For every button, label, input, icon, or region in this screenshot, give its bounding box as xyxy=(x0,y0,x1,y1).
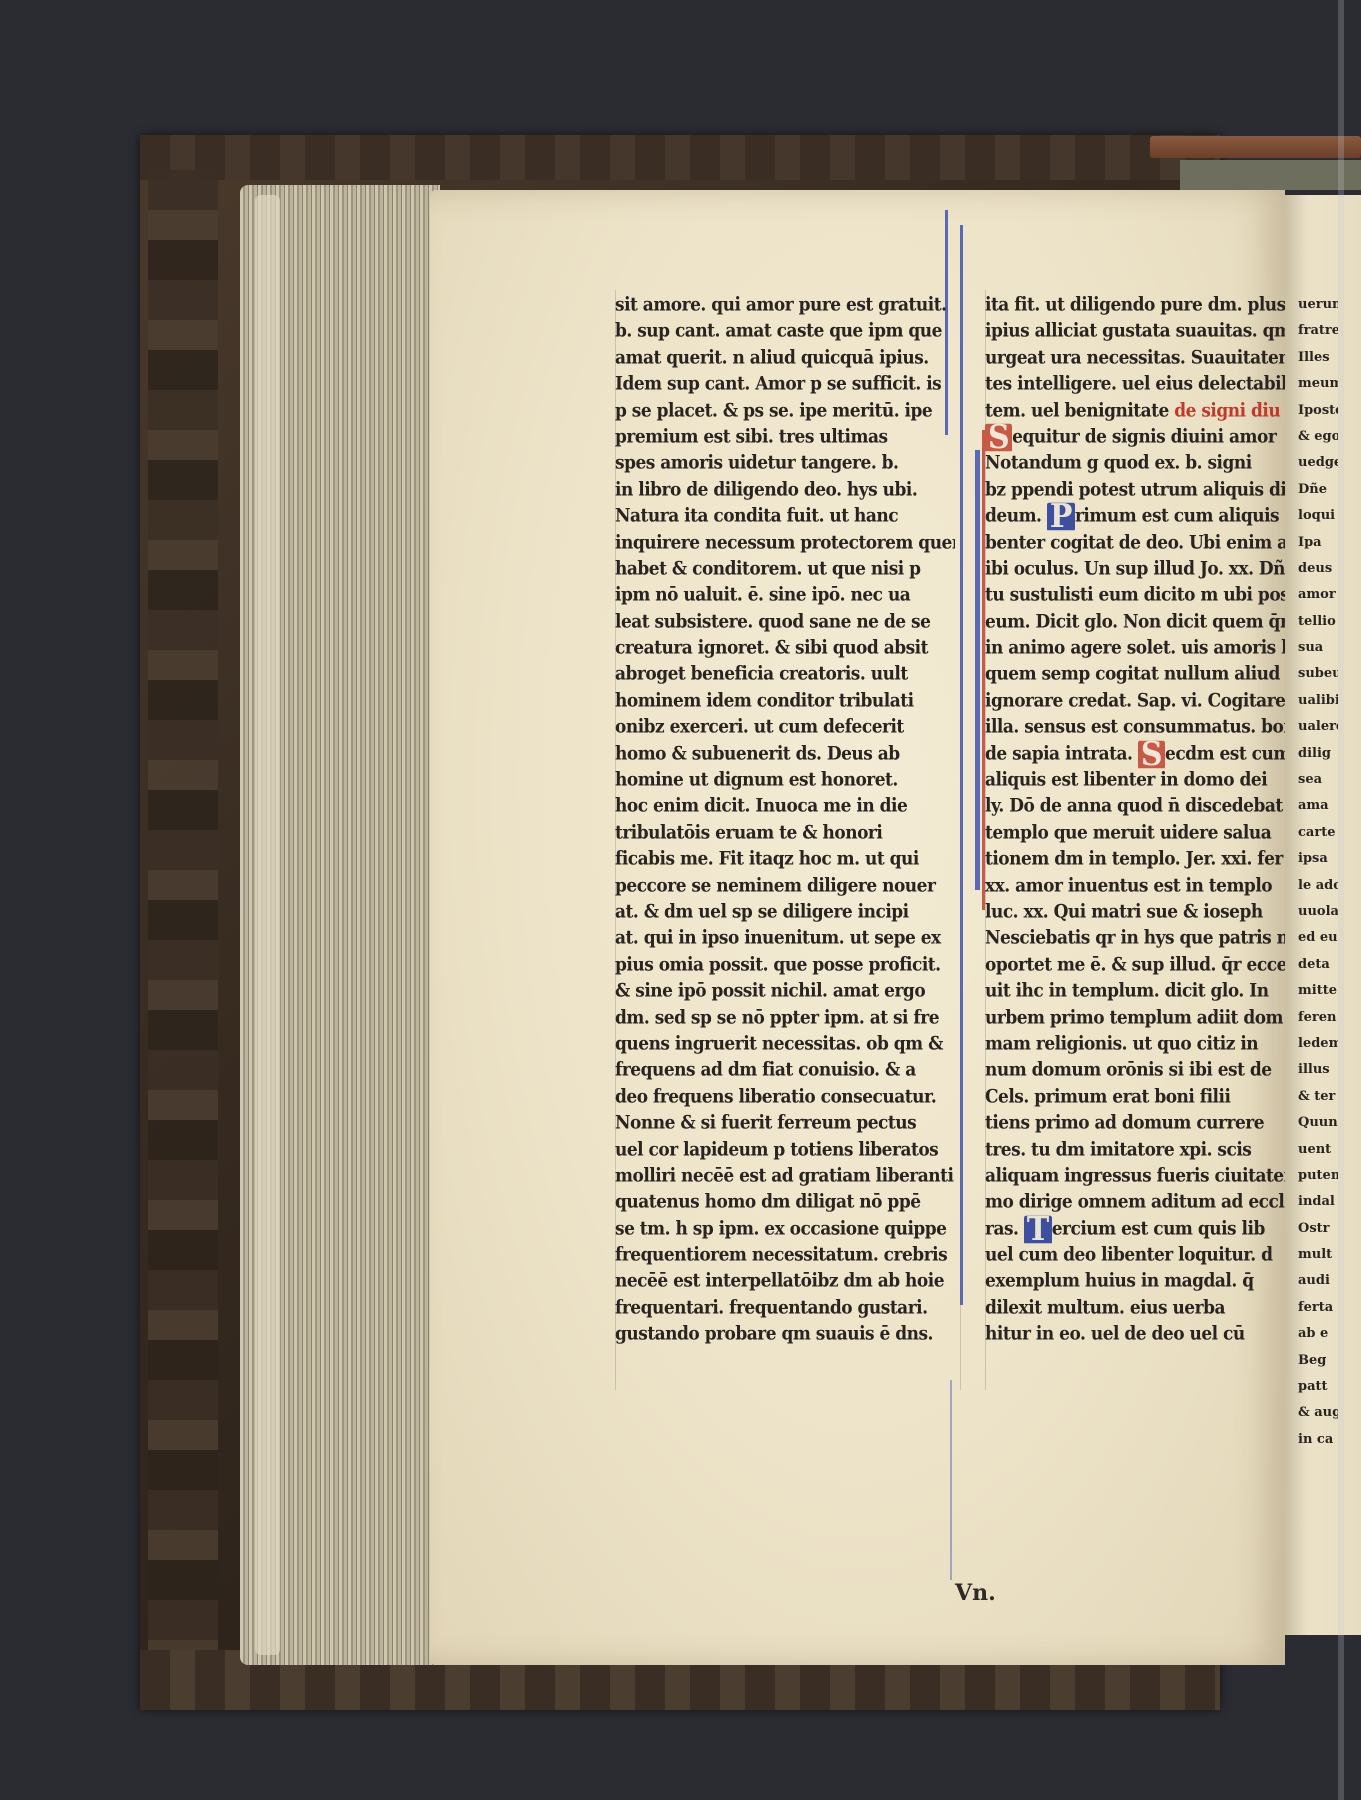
text-line: aliquis est libenter in domo dei xyxy=(985,766,1285,795)
line-text: Cels. primum erat boni filii xyxy=(985,1086,1230,1108)
fragment-line: & ego xyxy=(1298,424,1338,450)
text-line: quens ingruerit necessitas. ob qm & xyxy=(615,1030,955,1059)
text-line: mam religionis. ut quo citiz in xyxy=(985,1030,1285,1059)
clasp-strap-top xyxy=(1150,136,1361,158)
text-line: tem. uel benignitate de signi diu amo xyxy=(985,396,1285,425)
pen-flourish-stem xyxy=(960,225,963,1305)
text-column-left: sit amore. qui amor pure est gratuit.b. … xyxy=(615,292,955,1348)
text-line: spes amoris uidetur tangere. b. xyxy=(615,449,955,478)
paragraph-initial: P xyxy=(1047,502,1075,530)
text-line: homo & subuenerit ds. Deus ab xyxy=(615,739,955,768)
text-line: peccore se neminem diligere nouer xyxy=(615,871,955,900)
line-text: ita fit. ut diligendo pure dm. plus ea xyxy=(985,294,1285,316)
line-text: ercium est cum quis lib xyxy=(1052,1218,1265,1240)
text-line: in animo agere solet. uis amoris h xyxy=(985,634,1285,663)
fragment-line: indal xyxy=(1298,1189,1338,1215)
line-text: tiens primo ad domum currere xyxy=(985,1112,1264,1134)
line-text: aliquis est libenter in domo dei xyxy=(985,769,1267,791)
fragment-line: in ca xyxy=(1298,1427,1338,1453)
line-text: ecdm est cum xyxy=(1165,743,1285,765)
text-line: deum. Primum est cum aliquis li xyxy=(985,502,1285,531)
text-line: sit amore. qui amor pure est gratuit. xyxy=(615,291,955,320)
facing-leaf-text: uerum bfratreIllesmeumIposte& egouedgeDñ… xyxy=(1298,292,1338,1453)
line-text: uel cum deo libenter loquitur. d xyxy=(985,1244,1273,1266)
text-line: onibz exerceri. ut cum defecerit xyxy=(615,713,955,742)
text-line: ignorare credat. Sap. vi. Cogitare de xyxy=(985,687,1285,716)
fragment-line: audi xyxy=(1298,1268,1338,1294)
fragment-line: Illes xyxy=(1298,345,1338,371)
line-text: oportet me ē. & sup illud. q̄r ecce xyxy=(985,954,1285,976)
fragment-line: loqui xyxy=(1298,503,1338,529)
fragment-line: fratre xyxy=(1298,318,1338,344)
text-column-right: ita fit. ut diligendo pure dm. plus eaip… xyxy=(985,292,1285,1348)
text-line: tribulatōis eruam te & honori xyxy=(615,818,955,847)
fragment-line: putem xyxy=(1298,1163,1338,1189)
text-line: mo dirige omnem aditum ad ecclesi xyxy=(985,1188,1285,1217)
text-line: tionem dm in templo. Jer. xxi. fer xyxy=(985,845,1285,874)
fragment-line: Iposte xyxy=(1298,398,1338,424)
text-line: xx. amor inuentus est in templo xyxy=(985,871,1285,900)
line-text: rimum est cum aliquis li xyxy=(1075,505,1285,527)
line-text: uit ihc in templum. dicit glo. In xyxy=(985,980,1269,1002)
fragment-line: uedge xyxy=(1298,450,1338,476)
text-line: illa. sensus est consummatus. bonus xyxy=(985,713,1285,742)
text-line: habet & conditorem. ut que nisi p xyxy=(615,555,955,584)
line-text: dilexit multum. eius uerba xyxy=(985,1297,1225,1319)
decorated-initial: S xyxy=(985,423,1012,451)
text-line: ita fit. ut diligendo pure dm. plus ea xyxy=(985,291,1285,320)
text-line: hoc enim dicit. Inuoca me in die xyxy=(615,792,955,821)
line-text: ly. Dō de anna quod n̄ discedebat de xyxy=(985,795,1285,817)
line-text: aliquam ingressus fueris ciuitatem xyxy=(985,1165,1285,1187)
text-line: benter cogitat de deo. Ubi enim amor xyxy=(985,528,1285,557)
fragment-line: meum xyxy=(1298,371,1338,397)
text-line: & sine ipō possit nichil. amat ergo xyxy=(615,977,955,1006)
fragment-line: subeu xyxy=(1298,661,1338,687)
line-text: hitur in eo. uel de deo uel cū xyxy=(985,1323,1245,1345)
text-line: ras. Tercium est cum quis lib xyxy=(985,1214,1285,1243)
fragment-line: patt xyxy=(1298,1374,1338,1400)
line-text: xx. amor inuentus est in templo xyxy=(985,875,1272,897)
line-text: equitur de signis diuini amor xyxy=(1012,426,1276,448)
fragment-line: Ipa xyxy=(1298,530,1338,556)
fragment-line: Quun xyxy=(1298,1110,1338,1136)
line-text: tem. uel benignitate xyxy=(985,400,1169,422)
fragment-line: dilig xyxy=(1298,741,1338,767)
fragment-line: deta xyxy=(1298,952,1338,978)
text-line: premium est sibi. tres ultimas xyxy=(615,423,955,452)
fragment-line: uerum b xyxy=(1298,292,1338,318)
line-text: de sapia intrata. xyxy=(985,743,1132,765)
fabric-lining-top xyxy=(1180,160,1361,190)
line-text: luc. xx. Qui matri sue & ioseph xyxy=(985,901,1263,923)
text-line: de sapia intrata. Secdm est cum xyxy=(985,739,1285,768)
text-line: Cels. primum erat boni filii xyxy=(985,1082,1285,1111)
line-text: tes intelligere. uel eius delectabilita xyxy=(985,373,1285,395)
text-line: tres. tu dm imitatore xpi. scis xyxy=(985,1135,1285,1164)
line-text: tres. tu dm imitatore xpi. scis xyxy=(985,1138,1251,1160)
text-line: ibi oculus. Un sup illud Jo. xx. Dñe si xyxy=(985,555,1285,584)
fragment-line: sea xyxy=(1298,767,1338,793)
line-text: mam religionis. ut quo citiz in xyxy=(985,1033,1258,1055)
fragment-line: sua xyxy=(1298,635,1338,661)
fragment-line: Ostr xyxy=(1298,1216,1338,1242)
text-line: ipm nō ualuit. ē. sine ipō. nec ua xyxy=(615,581,955,610)
fragment-line: ualere xyxy=(1298,714,1338,740)
line-text: mo dirige omnem aditum ad ecclesi xyxy=(985,1191,1285,1213)
text-line: dm. sed sp se nō ppter ipm. at si fre xyxy=(615,1003,955,1032)
line-text: in animo agere solet. uis amoris h xyxy=(985,637,1285,659)
text-line: molliri necēē est ad gratiam liberanti. xyxy=(615,1162,955,1191)
fragment-line: Beg xyxy=(1298,1348,1338,1374)
line-text: illa. sensus est consummatus. bonus xyxy=(985,716,1285,738)
fragment-line: tellio xyxy=(1298,609,1338,635)
text-line: in libro de diligendo deo. hys ubi. xyxy=(615,475,955,504)
text-line: num domum orōnis si ibi est de xyxy=(985,1056,1285,1085)
line-text: Nesciebatis qr in hys que patris mei xyxy=(985,927,1285,949)
text-line: ficabis me. Fit itaqz hoc m. ut qui xyxy=(615,845,955,874)
text-line: gustando probare qm suauis ē dns. xyxy=(615,1320,955,1349)
text-line: oportet me ē. & sup illud. q̄r ecce xyxy=(985,950,1285,979)
fragment-line: deus xyxy=(1298,556,1338,582)
text-line: exemplum huius in magdal. q̄ xyxy=(985,1267,1285,1296)
text-line: amat querit. n aliud quicquā ipius. xyxy=(615,343,955,372)
text-line: leat subsistere. quod sane ne de se xyxy=(615,607,955,636)
glass-plate-edge xyxy=(1338,0,1344,1800)
text-line: urgeat ura necessitas. Suauitatem po xyxy=(985,343,1285,372)
line-text: Notandum g quod ex. b. signi xyxy=(985,452,1252,474)
line-text: templo que meruit uidere salua xyxy=(985,822,1271,844)
text-line: urbem primo templum adiit dom xyxy=(985,1003,1285,1032)
text-line: templo que meruit uidere salua xyxy=(985,818,1285,847)
text-line: Natura ita condita fuit. ut hanc xyxy=(615,502,955,531)
text-line: quem semp cogitat nullum aliud xyxy=(985,660,1285,689)
text-line: tiens primo ad domum currere xyxy=(985,1109,1285,1138)
text-line: b. sup cant. amat caste que ipm que xyxy=(615,317,955,346)
fragment-line: uent xyxy=(1298,1137,1338,1163)
catchword: Vn. xyxy=(955,1580,996,1606)
text-line: abroget beneficia creatoris. uult xyxy=(615,660,955,689)
line-text: urgeat ura necessitas. Suauitatem po xyxy=(985,347,1285,369)
pen-flourish-blue-tail xyxy=(975,450,980,890)
text-line: creatura ignoret. & sibi quod absit xyxy=(615,634,955,663)
line-text: tu sustulisti eum dicito m ubi posuisti xyxy=(985,584,1285,606)
text-line: se tm. h sp ipm. ex occasione quippe xyxy=(615,1214,955,1243)
line-text: quem semp cogitat nullum aliud xyxy=(985,663,1280,685)
text-line: bz ppendi potest utrum aliquis dil xyxy=(985,475,1285,504)
fragment-line: ledem xyxy=(1298,1031,1338,1057)
fragment-line: le ado xyxy=(1298,873,1338,899)
text-line: Notandum g quod ex. b. signi xyxy=(985,449,1285,478)
fragment-line: carte xyxy=(1298,820,1338,846)
text-line: frequens ad dm fiat conuisio. & a xyxy=(615,1056,955,1085)
line-text: exemplum huius in magdal. q̄ xyxy=(985,1270,1254,1292)
fragment-line: ama xyxy=(1298,793,1338,819)
text-line: ipius alliciat gustata suauitas. qm xyxy=(985,317,1285,346)
text-line: Nesciebatis qr in hys que patris mei xyxy=(985,924,1285,953)
fragment-line: ferta xyxy=(1298,1295,1338,1321)
fragment-line: & aug xyxy=(1298,1400,1338,1426)
fragment-line: & ter xyxy=(1298,1084,1338,1110)
fragment-line: ualibi xyxy=(1298,688,1338,714)
text-line: Nonne & si fuerit ferreum pectus xyxy=(615,1109,955,1138)
fragment-line: ed eu xyxy=(1298,925,1338,951)
line-text: ibi oculus. Un sup illud Jo. xx. Dñe si xyxy=(985,558,1285,580)
fragment-line: ab e xyxy=(1298,1321,1338,1347)
text-line: tes intelligere. uel eius delectabilita xyxy=(985,370,1285,399)
pen-flourish-tail xyxy=(950,1380,952,1580)
rubric: de signi diu amo xyxy=(1169,400,1285,422)
text-line: luc. xx. Qui matri sue & ioseph xyxy=(985,898,1285,927)
line-text: ignorare credat. Sap. vi. Cogitare de xyxy=(985,690,1285,712)
text-line: p se placet. & ps se. ipe meritū. ipe xyxy=(615,396,955,425)
fragment-line: illus xyxy=(1298,1057,1338,1083)
line-text: urbem primo templum adiit dom xyxy=(985,1007,1283,1029)
text-line: uit ihc in templum. dicit glo. In xyxy=(985,977,1285,1006)
text-line: dilexit multum. eius uerba xyxy=(985,1294,1285,1323)
text-line: quatenus homo dm diligat nō ppē xyxy=(615,1188,955,1217)
fragment-line: amor xyxy=(1298,582,1338,608)
fragment-line: Dñe xyxy=(1298,477,1338,503)
text-line: eum. Dicit glo. Non dicit quem q̄ri xyxy=(985,607,1285,636)
fragment-line: feren xyxy=(1298,1005,1338,1031)
fragment-line: uuolal xyxy=(1298,899,1338,925)
line-text: eum. Dicit glo. Non dicit quem q̄ri xyxy=(985,611,1285,633)
text-line: homine ut dignum est honoret. xyxy=(615,766,955,795)
line-text: ipius alliciat gustata suauitas. qm xyxy=(985,320,1285,342)
text-line: ly. Dō de anna quod n̄ discedebat de xyxy=(985,792,1285,821)
text-line: Idem sup cant. Amor p se sufficit. is xyxy=(615,370,955,399)
fragment-line: mult xyxy=(1298,1242,1338,1268)
fragment-line: ipsa xyxy=(1298,846,1338,872)
text-line: frequentari. frequentando gustari. xyxy=(615,1294,955,1323)
line-text: num domum orōnis si ibi est de xyxy=(985,1059,1272,1081)
text-line: uel cum deo libenter loquitur. d xyxy=(985,1241,1285,1270)
text-line: uel cor lapideum p totiens liberatos xyxy=(615,1135,955,1164)
text-line: at. & dm uel sp se diligere incipi xyxy=(615,898,955,927)
text-line: deo frequens liberatio consecuatur. xyxy=(615,1082,955,1111)
line-text: ras. xyxy=(985,1218,1018,1240)
line-text: bz ppendi potest utrum aliquis dil xyxy=(985,479,1285,501)
text-line: frequentiorem necessitatum. crebris xyxy=(615,1241,955,1270)
text-line: aliquam ingressus fueris ciuitatem xyxy=(985,1162,1285,1191)
cover-tooling-top xyxy=(140,135,1220,180)
fragment-line: mitte xyxy=(1298,978,1338,1004)
text-line: inquirere necessum protectorem quem xyxy=(615,528,955,557)
cover-tooling-left xyxy=(148,170,218,1690)
line-text: deum. xyxy=(985,505,1041,527)
text-line: Sequitur de signis diuini amor xyxy=(985,423,1285,452)
paragraph-initial: S xyxy=(1138,740,1165,768)
text-line: hominem idem conditor tribulati xyxy=(615,687,955,716)
text-line: hitur in eo. uel de deo uel cū xyxy=(985,1320,1285,1349)
text-line: tu sustulisti eum dicito m ubi posuisti xyxy=(985,581,1285,610)
line-text: benter cogitat de deo. Ubi enim amor xyxy=(985,531,1285,553)
fore-edge-highlight xyxy=(255,195,280,1655)
text-line: at. qui in ipso inuenitum. ut sepe ex xyxy=(615,924,955,953)
line-text: tionem dm in templo. Jer. xxi. fer xyxy=(985,848,1283,870)
paragraph-initial: T xyxy=(1024,1215,1052,1243)
text-line: pius omia possit. que posse proficit. xyxy=(615,950,955,979)
text-line: necēē est interpellatōibz dm ab hoie xyxy=(615,1267,955,1296)
